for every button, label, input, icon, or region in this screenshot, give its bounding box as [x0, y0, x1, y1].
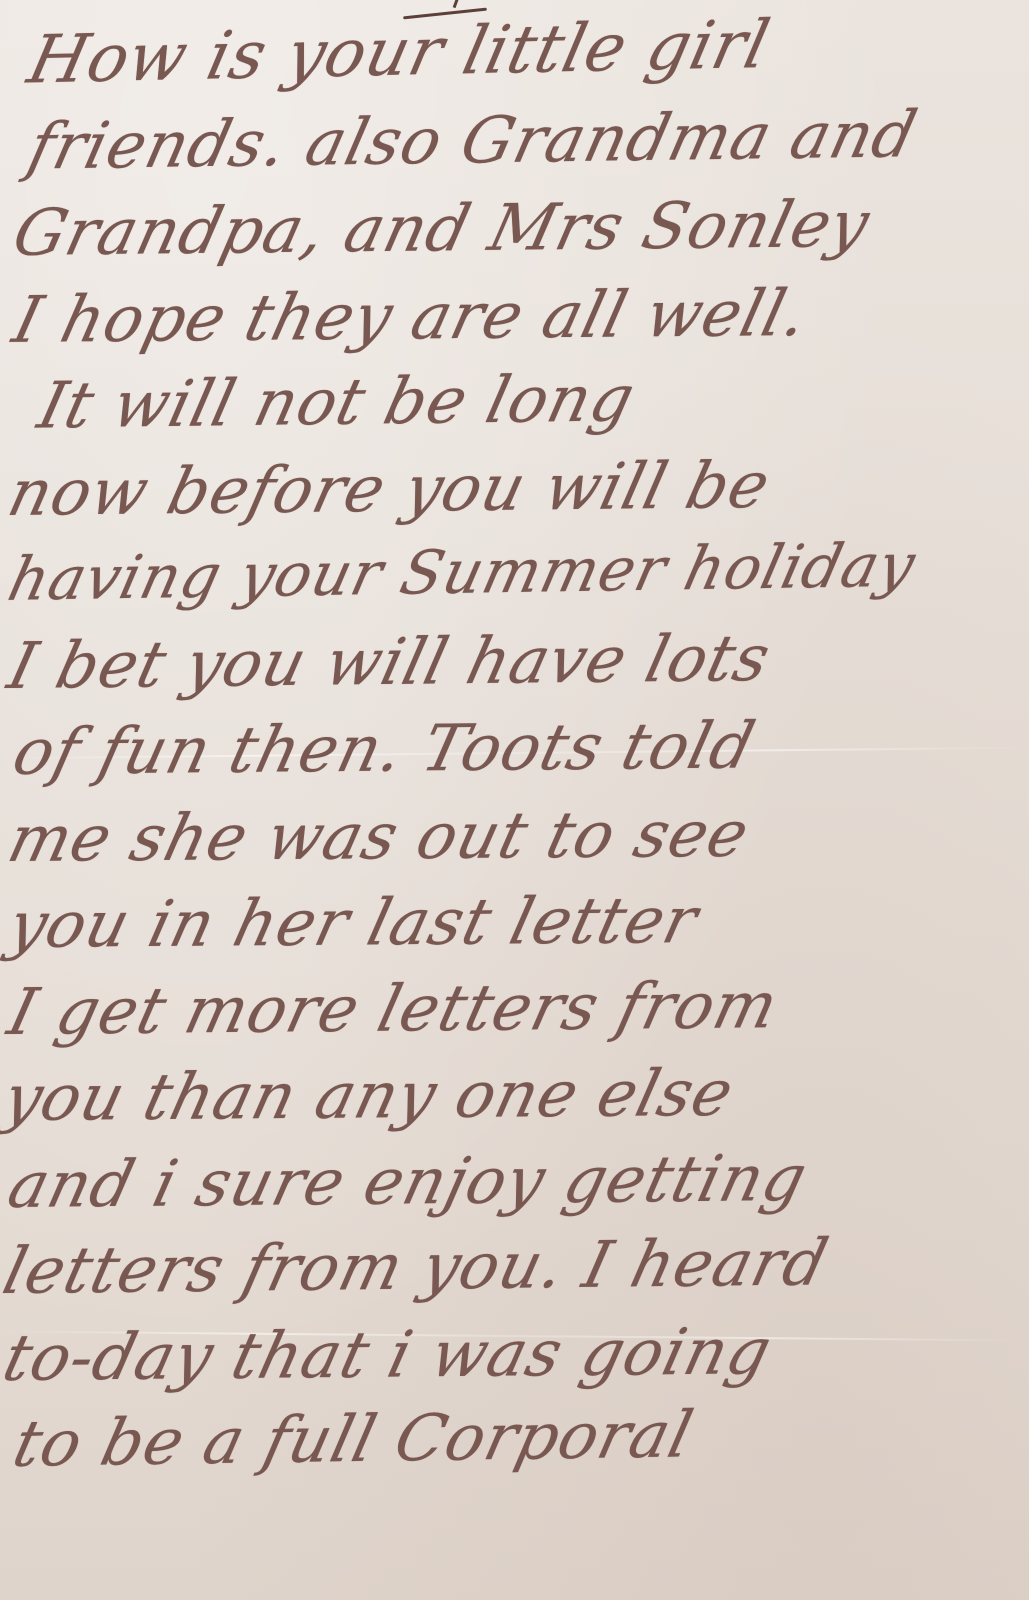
handwritten-line: Grandpa, and Mrs Sonley: [0, 180, 1029, 277]
line-text: having your Summer holiday: [0, 522, 924, 623]
handwritten-line: It will not be long: [0, 351, 1029, 450]
handwritten-line: you in her last letter: [0, 876, 1029, 970]
line-text: How is your little girl: [20, 2, 778, 104]
line-text: you than any one else: [0, 1051, 742, 1143]
line-text: to-day that i was going: [0, 1309, 780, 1402]
line-text: I hope they are all well.: [5, 270, 817, 364]
line-text: me she was out to see: [0, 791, 758, 883]
handwritten-line: letters from you. I heard: [0, 1218, 1029, 1315]
line-text: I get more letters from: [0, 963, 787, 1056]
handwritten-line: having your Summer holiday: [0, 521, 1029, 624]
handwritten-line: to-day that i was going: [0, 1307, 1029, 1402]
handwritten-body: How is your little girl friends. also Gr…: [0, 18, 1029, 1489]
line-text: of fun then. Toots told: [5, 703, 764, 796]
handwritten-line: me she was out to see: [0, 789, 1029, 883]
line-text: now before you will be: [0, 442, 779, 537]
line-text: to be a full Corporal: [5, 1392, 702, 1488]
handwritten-line: How is your little girl: [0, 0, 1029, 104]
handwritten-line: I hope they are all well.: [0, 269, 1029, 364]
handwritten-line: to be a full Corporal: [0, 1388, 1029, 1489]
line-text: Grandpa, and Mrs Sonley: [5, 182, 879, 278]
page-mark-stroke: [453, 0, 461, 8]
line-text: It will not be long: [30, 356, 644, 450]
line-text: friends. also Grandma and: [20, 92, 926, 191]
handwritten-line: of fun then. Toots told: [0, 701, 1029, 796]
line-text: you in her last letter: [0, 878, 707, 969]
handwritten-line: you than any one else: [0, 1049, 1029, 1143]
handwritten-line: I bet you will have lots: [0, 613, 1029, 710]
letter-page: How is your little girl friends. also Gr…: [0, 0, 1029, 1600]
line-text: I bet you will have lots: [0, 615, 779, 710]
line-text: and i sure enjoy getting: [0, 1135, 816, 1229]
line-text: letters from you. I heard: [0, 1220, 837, 1315]
handwritten-line: friends. also Grandma and: [0, 90, 1029, 191]
handwritten-line: and i sure enjoy getting: [0, 1134, 1029, 1229]
handwritten-line: I get more letters from: [0, 961, 1029, 1056]
